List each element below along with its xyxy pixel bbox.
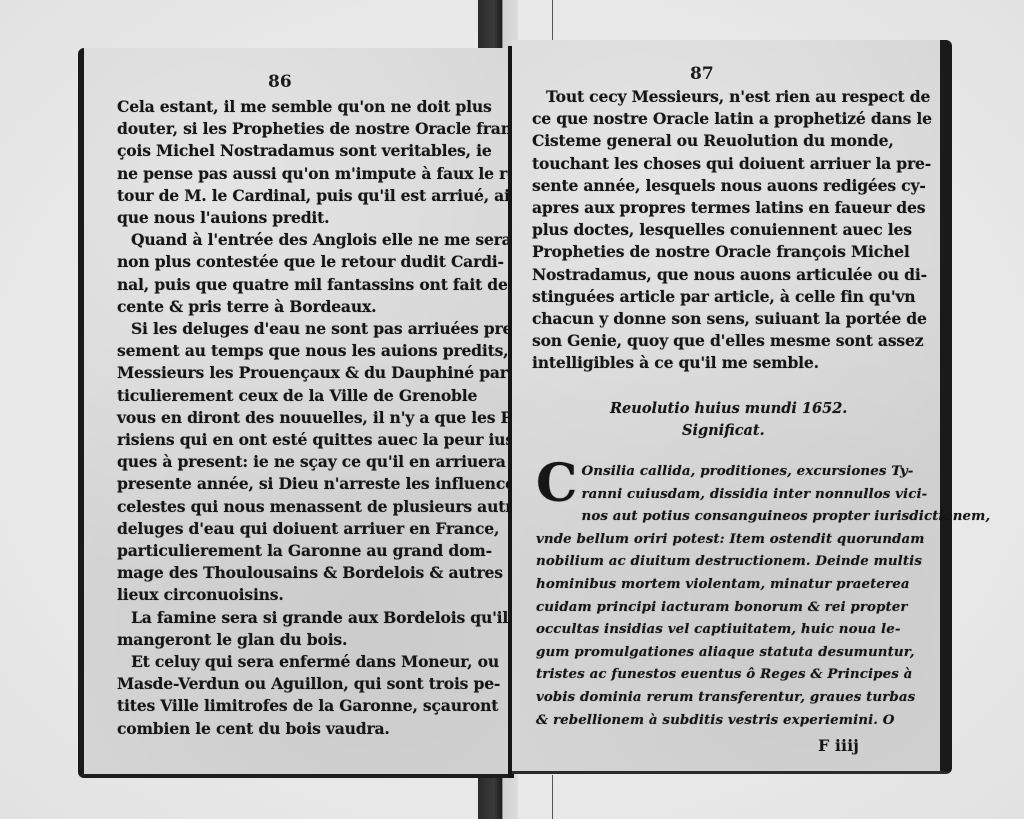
latin-line: occultas insidias vel captiuitatem, huic… bbox=[536, 618, 916, 641]
text-line: que nous l'auions predit. bbox=[117, 207, 535, 229]
text-line: Cela estant, il me semble qu'on ne doit … bbox=[117, 96, 535, 118]
text-line: celestes qui nous menassent de plusieurs… bbox=[117, 496, 535, 518]
text-line: sente année, lesquels nous auons redigée… bbox=[532, 175, 932, 197]
latin-line: vnde bellum oriri potest: Item ostendit … bbox=[536, 528, 916, 551]
section-heading-significat: Significat. bbox=[682, 422, 765, 439]
text-line: particulierement la Garonne au grand dom… bbox=[117, 540, 535, 562]
text-line: Tout cecy Messieurs, n'est rien au respe… bbox=[532, 86, 932, 108]
text-line: tites Ville limitrofes de la Garonne, sç… bbox=[117, 695, 535, 717]
latin-line: Onsilia callida, proditiones, excursione… bbox=[536, 460, 916, 483]
text-line: ticulierement ceux de la Ville de Grenob… bbox=[117, 385, 535, 407]
latin-line: cuidam principi iacturam bonorum & rei p… bbox=[536, 596, 916, 619]
text-line: deluges d'eau qui doiuent arriuer en Fra… bbox=[117, 518, 535, 540]
text-line: nal, puis que quatre mil fantassins ont … bbox=[117, 274, 535, 296]
text-line: son Genie, quoy que d'elles mesme sont a… bbox=[532, 330, 932, 352]
open-book: 86 Cela estant, il me semble qu'on ne do… bbox=[72, 40, 964, 782]
text-line: Cisteme general ou Reuolution du monde, bbox=[532, 130, 932, 152]
text-line: stinguées article par article, à celle f… bbox=[532, 286, 932, 308]
text-line: mangeront le glan du bois. bbox=[117, 629, 535, 651]
latin-line: tristes ac funestos euentus ô Reges & Pr… bbox=[536, 663, 916, 686]
text-line: ne pense pas aussi qu'on m'impute à faux… bbox=[117, 163, 535, 185]
text-line: Messieurs les Prouençaux & du Dauphiné p… bbox=[117, 362, 535, 384]
text-line: ce que nostre Oracle latin a prophetizé … bbox=[532, 108, 932, 130]
text-line: intelligibles à ce qu'il me semble. bbox=[532, 352, 932, 374]
text-line: sement au temps que nous les auions pred… bbox=[117, 340, 535, 362]
latin-line: & rebellionem à subditis vestris experie… bbox=[536, 709, 916, 732]
text-line: apres aux propres termes latins en faueu… bbox=[532, 197, 932, 219]
latin-line: vobis dominia rerum transferentur, graue… bbox=[536, 686, 916, 709]
text-line: lieux circonuoisins. bbox=[117, 584, 535, 606]
text-line: Si les deluges d'eau ne sont pas arriuée… bbox=[117, 318, 535, 340]
section-heading-revolution: Reuolutio huius mundi 1652. bbox=[610, 400, 847, 417]
text-line: çois Michel Nostradamus sont veritables,… bbox=[117, 140, 535, 162]
text-line: risiens qui en ont esté quittes auec la … bbox=[117, 429, 535, 451]
text-line: vous en diront des nouuelles, il n'y a q… bbox=[117, 407, 535, 429]
latin-line: nos aut potius consanguineos propter iur… bbox=[536, 505, 916, 528]
signature-mark: F iiij bbox=[818, 736, 859, 755]
text-line: Nostradamus, que nous auons articulée ou… bbox=[532, 264, 932, 286]
text-line: douter, si les Propheties de nostre Orac… bbox=[117, 118, 535, 140]
left-page-body: Cela estant, il me semble qu'on ne doit … bbox=[117, 96, 535, 740]
text-line: presente année, si Dieu n'arreste les in… bbox=[117, 473, 535, 495]
latin-line: hominibus mortem violentam, minatur prae… bbox=[536, 573, 916, 596]
latin-prophecy-body: C Onsilia callida, proditiones, excursio… bbox=[536, 460, 916, 731]
text-line: mage des Thoulousains & Bordelois & autr… bbox=[117, 562, 535, 584]
text-line: ques à present: ie ne sçay ce qu'il en a… bbox=[117, 451, 535, 473]
left-page: 86 Cela estant, il me semble qu'on ne do… bbox=[78, 48, 510, 778]
text-line: combien le cent du bois vaudra. bbox=[117, 718, 535, 740]
text-line: tour de M. le Cardinal, puis qu'il est a… bbox=[117, 185, 535, 207]
strap-edge-top bbox=[552, 0, 553, 45]
text-line: chacun y donne son sens, suiuant la port… bbox=[532, 308, 932, 330]
drop-cap: C bbox=[536, 462, 578, 506]
page-number-left: 86 bbox=[268, 72, 292, 92]
text-line: touchant les choses qui doiuent arriuer … bbox=[532, 153, 932, 175]
latin-line: nobilium ac diuitum destructionem. Deind… bbox=[536, 550, 916, 573]
text-line: Et celuy qui sera enfermé dans Moneur, o… bbox=[117, 651, 535, 673]
text-line: plus doctes, lesquelles conuiennent auec… bbox=[532, 219, 932, 241]
latin-line: ranni cuiusdam, dissidia inter nonnullos… bbox=[536, 483, 916, 506]
right-page: 87 Tout cecy Messieurs, n'est rien au re… bbox=[512, 40, 952, 774]
text-line: Propheties de nostre Oracle françois Mic… bbox=[532, 241, 932, 263]
text-line: Masde-Verdun ou Aguillon, qui sont trois… bbox=[117, 673, 535, 695]
text-line: La famine sera si grande aux Bordelois q… bbox=[117, 607, 535, 629]
text-line: cente & pris terre à Bordeaux. bbox=[117, 296, 535, 318]
right-page-body: Tout cecy Messieurs, n'est rien au respe… bbox=[532, 86, 932, 375]
text-line: non plus contestée que le retour dudit C… bbox=[117, 251, 535, 273]
page-number-right: 87 bbox=[690, 64, 714, 84]
text-line: Quand à l'entrée des Anglois elle ne me … bbox=[117, 229, 535, 251]
latin-line: gum promulgationes aliaque statuta desum… bbox=[536, 641, 916, 664]
